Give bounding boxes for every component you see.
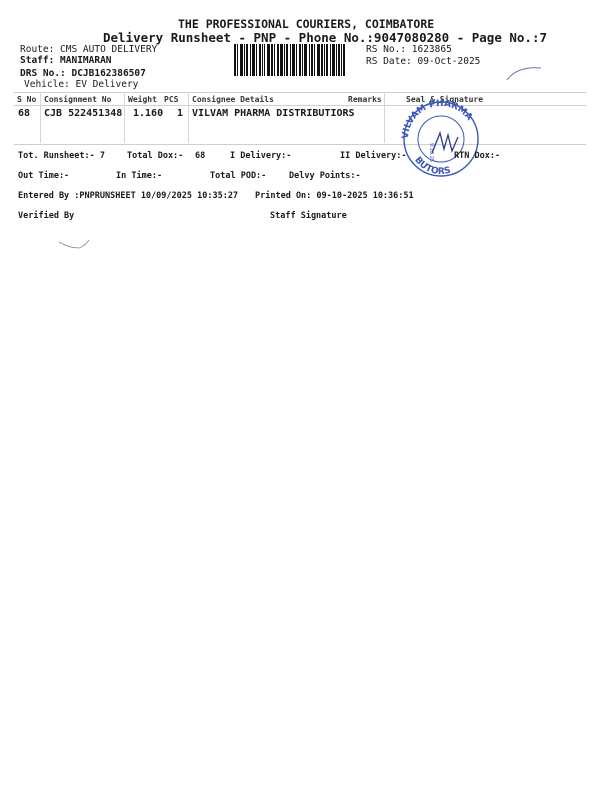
cell-consignment-no: CJB 522451348 — [44, 108, 122, 119]
barcode — [234, 44, 362, 76]
col-divider — [124, 93, 125, 143]
total-pod: Total POD:- — [210, 171, 266, 181]
col-header-pcs: PCS — [164, 95, 178, 104]
col-divider — [40, 93, 41, 143]
cell-sno: 68 — [18, 108, 30, 119]
col-header-remarks: Remarks — [348, 95, 382, 104]
ii-delivery: II Delivery:- — [340, 151, 407, 161]
col-header-consignment: Consignment No — [44, 95, 111, 104]
col-divider — [384, 93, 385, 143]
total-dox-value: 68 — [195, 151, 205, 161]
in-time: In Time:- — [116, 171, 162, 181]
pen-mark-icon — [505, 62, 545, 82]
table-bottom-border — [14, 144, 586, 145]
drs-number: DRS No.: DCJB162386507 — [20, 68, 146, 79]
signature-mark-icon — [55, 238, 95, 252]
staff-signature: Staff Signature — [270, 211, 347, 221]
runsheet-subtitle: Delivery Runsheet - PNP - Phone No.:9047… — [103, 30, 547, 45]
verified-by: Verified By — [18, 211, 74, 221]
rtn-dox: RTN Dox:- — [454, 151, 500, 161]
cell-pcs: 1 — [177, 108, 183, 119]
table-top-border — [14, 92, 586, 93]
printed-on: Printed On: 09-10-2025 10:36:51 — [255, 191, 414, 201]
delvy-points: Delvy Points:- — [289, 171, 361, 181]
company-title: THE PROFESSIONAL COURIERS, COIMBATORE — [178, 17, 434, 31]
cell-weight: 1.160 — [133, 108, 163, 119]
out-time: Out Time:- — [18, 171, 69, 181]
col-header-weight: Weight — [128, 95, 157, 104]
tot-runsheet: Tot. Runsheet:- 7 — [18, 151, 105, 161]
svg-text:9.10.25: 9.10.25 — [428, 143, 434, 162]
col-header-sno: S No — [17, 95, 36, 104]
staff-label: Staff: MANIMARAN — [20, 55, 112, 66]
route-label: Route: CMS AUTO DELIVERY — [20, 44, 157, 55]
col-divider — [188, 93, 189, 143]
table-header-border — [14, 105, 586, 106]
col-header-consignee: Consignee Details — [192, 95, 274, 104]
i-delivery: I Delivery:- — [230, 151, 291, 161]
cell-consignee: VILVAM PHARMA DISTRIBUTIORS — [192, 108, 355, 119]
rs-number: RS No.: 1623865 — [366, 44, 452, 55]
total-dox-label: Total Dox:- — [127, 151, 183, 161]
entered-by: Entered By :PNPRUNSHEET 10/09/2025 10:35… — [18, 191, 238, 201]
seal-stamp-icon: VILVAM PHARMA BUTORS 9.10.25 — [400, 97, 482, 177]
rs-date: RS Date: 09-Oct-2025 — [366, 56, 480, 67]
vehicle-label: Vehicle: EV Delivery — [24, 79, 138, 90]
